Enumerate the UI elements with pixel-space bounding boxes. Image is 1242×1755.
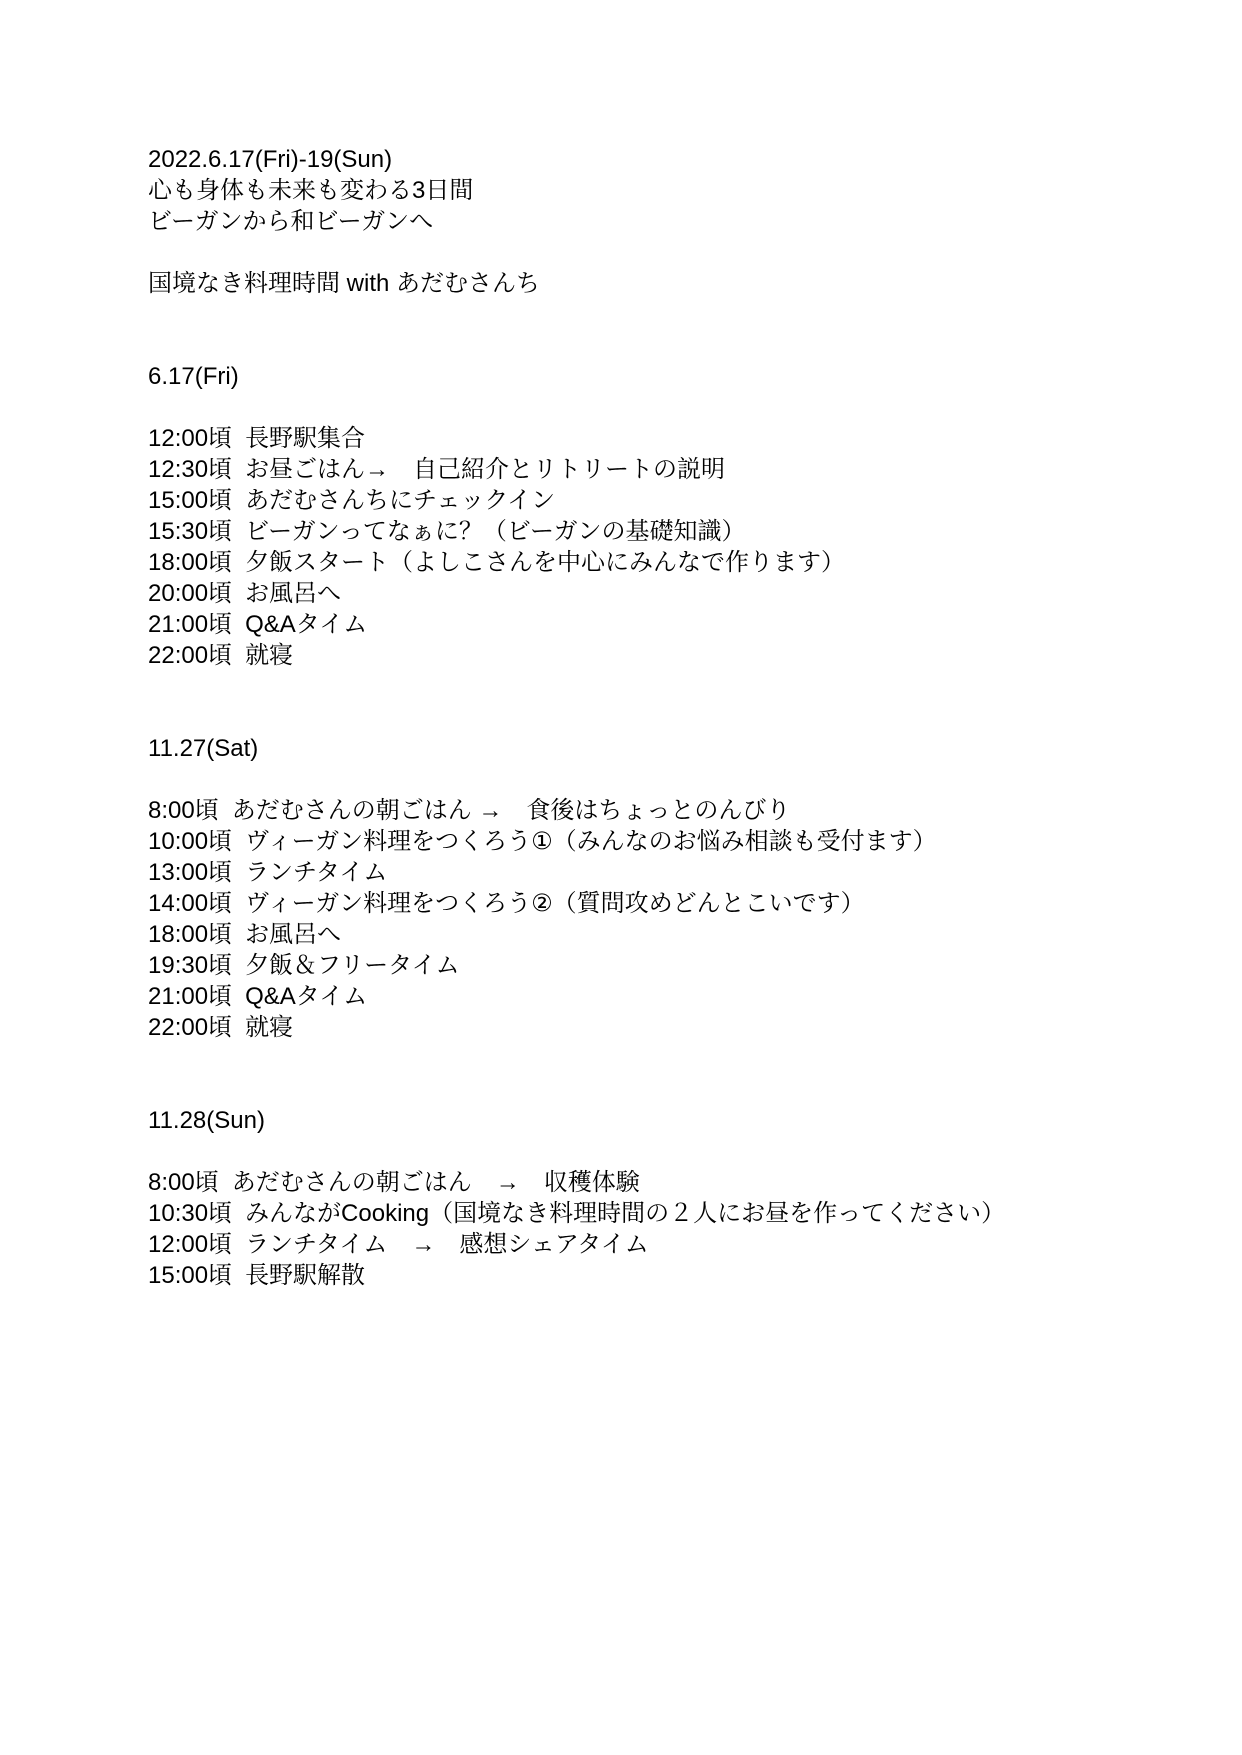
schedule-section-day1: 6.17(Fri) 12:00頃長野駅集合 12:30頃お昼ごはん→ 自己紹介と… (148, 361, 1202, 671)
section-items: 12:00頃長野駅集合 12:30頃お昼ごはん→ 自己紹介とリトリートの説明 1… (148, 423, 1202, 671)
item-time: 15:00頃 (148, 1262, 232, 1289)
section-title: 11.28(Sun) (148, 1105, 1202, 1136)
item-time: 20:00頃 (148, 580, 232, 607)
item-text: 長野駅集合 (245, 425, 365, 452)
schedule-row: 15:00頃長野駅解散 (148, 1260, 1202, 1291)
item-time: 19:30頃 (148, 952, 232, 979)
item-time: 13:00頃 (148, 859, 232, 886)
item-time: 18:00頃 (148, 921, 232, 948)
schedule-row: 22:00頃就寝 (148, 1012, 1202, 1043)
schedule-section-day2: 11.27(Sat) 8:00頃あだむさんの朝ごはん → 食後はちょっとのんびり… (148, 733, 1202, 1043)
item-time: 21:00頃 (148, 611, 232, 638)
section-title: 11.27(Sat) (148, 733, 1202, 764)
item-time: 14:00頃 (148, 890, 232, 917)
item-text: Q&Aタイム (245, 611, 367, 638)
schedule-row: 21:00頃Q&Aタイム (148, 609, 1202, 640)
item-text: ランチタイム (245, 859, 387, 886)
item-time: 15:30頃 (148, 518, 232, 545)
item-time: 12:30頃 (148, 456, 232, 483)
document-page: 2022.6.17(Fri)-19(Sun) 心も身体も未来も変わる3日間 ビー… (0, 0, 1242, 1755)
schedule-row: 12:30頃お昼ごはん→ 自己紹介とリトリートの説明 (148, 454, 1202, 485)
schedule-row: 18:00頃夕飯スタート（よしこさんを中心にみんなで作ります） (148, 547, 1202, 578)
schedule-row: 12:00頃ランチタイム → 感想シェアタイム (148, 1229, 1202, 1260)
item-text: 長野駅解散 (245, 1262, 365, 1289)
schedule-row: 8:00頃あだむさんの朝ごはん → 収穫体験 (148, 1167, 1202, 1198)
schedule-row: 14:00頃ヴィーガン料理をつくろう②（質問攻めどんとこいです） (148, 888, 1202, 919)
item-time: 12:00頃 (148, 1231, 232, 1258)
schedule-row: 10:00頃ヴィーガン料理をつくろう①（みんなのお悩み相談も受付ます） (148, 826, 1202, 857)
item-time: 18:00頃 (148, 549, 232, 576)
item-time: 12:00頃 (148, 425, 232, 452)
item-text: ヴィーガン料理をつくろう①（みんなのお悩み相談も受付ます） (245, 828, 937, 855)
schedule-document: 2022.6.17(Fri)-19(Sun) 心も身体も未来も変わる3日間 ビー… (0, 0, 1242, 1291)
item-text: お風呂へ (245, 921, 341, 948)
item-text: お昼ごはん→ 自己紹介とリトリートの説明 (245, 456, 725, 483)
item-text: 就寝 (245, 642, 293, 669)
schedule-row: 15:00頃あだむさんちにチェックイン (148, 485, 1202, 516)
schedule-row: 20:00頃お風呂へ (148, 578, 1202, 609)
event-subtitle: 国境なき料理時間 with あだむさんち (148, 268, 1202, 299)
event-tagline-1: 心も身体も未来も変わる3日間 (148, 175, 1202, 206)
item-text: 夕飯＆フリータイム (245, 952, 460, 979)
item-text: あだむさんの朝ごはん → 収穫体験 (232, 1169, 640, 1196)
item-time: 8:00頃 (148, 797, 219, 824)
item-text: ヴィーガン料理をつくろう②（質問攻めどんとこいです） (245, 890, 865, 917)
item-text: 就寝 (245, 1014, 293, 1041)
schedule-row: 18:00頃お風呂へ (148, 919, 1202, 950)
section-items: 8:00頃あだむさんの朝ごはん → 食後はちょっとのんびり 10:00頃ヴィーガ… (148, 795, 1202, 1043)
schedule-row: 19:30頃夕飯＆フリータイム (148, 950, 1202, 981)
item-text: Q&Aタイム (245, 983, 367, 1010)
item-time: 15:00頃 (148, 487, 232, 514)
item-time: 22:00頃 (148, 642, 232, 669)
schedule-section-day3: 11.28(Sun) 8:00頃あだむさんの朝ごはん → 収穫体験 10:30頃… (148, 1105, 1202, 1291)
item-time: 22:00頃 (148, 1014, 232, 1041)
item-time: 10:00頃 (148, 828, 232, 855)
item-text: ビーガンってなぁに？（ビーガンの基礎知識） (245, 518, 745, 545)
item-text: みんながCooking（国境なき料理時間の２人にお昼を作ってください） (245, 1200, 1005, 1227)
schedule-row: 8:00頃あだむさんの朝ごはん → 食後はちょっとのんびり (148, 795, 1202, 826)
section-items: 8:00頃あだむさんの朝ごはん → 収穫体験 10:30頃みんながCooking… (148, 1167, 1202, 1291)
item-text: ランチタイム → 感想シェアタイム (245, 1231, 649, 1258)
item-text: あだむさんちにチェックイン (245, 487, 555, 514)
section-title: 6.17(Fri) (148, 361, 1202, 392)
item-text: お風呂へ (245, 580, 341, 607)
item-text: 夕飯スタート（よしこさんを中心にみんなで作ります） (245, 549, 845, 576)
schedule-row: 21:00頃Q&Aタイム (148, 981, 1202, 1012)
item-time: 21:00頃 (148, 983, 232, 1010)
schedule-row: 13:00頃ランチタイム (148, 857, 1202, 888)
event-date-range: 2022.6.17(Fri)-19(Sun) (148, 144, 1202, 175)
schedule-row: 22:00頃就寝 (148, 640, 1202, 671)
schedule-row: 10:30頃みんながCooking（国境なき料理時間の２人にお昼を作ってください… (148, 1198, 1202, 1229)
event-tagline-2: ビーガンから和ビーガンへ (148, 206, 1202, 237)
item-text: あだむさんの朝ごはん → 食後はちょっとのんびり (232, 797, 791, 824)
schedule-row: 15:30頃ビーガンってなぁに？（ビーガンの基礎知識） (148, 516, 1202, 547)
item-time: 10:30頃 (148, 1200, 232, 1227)
schedule-row: 12:00頃長野駅集合 (148, 423, 1202, 454)
item-time: 8:00頃 (148, 1169, 219, 1196)
